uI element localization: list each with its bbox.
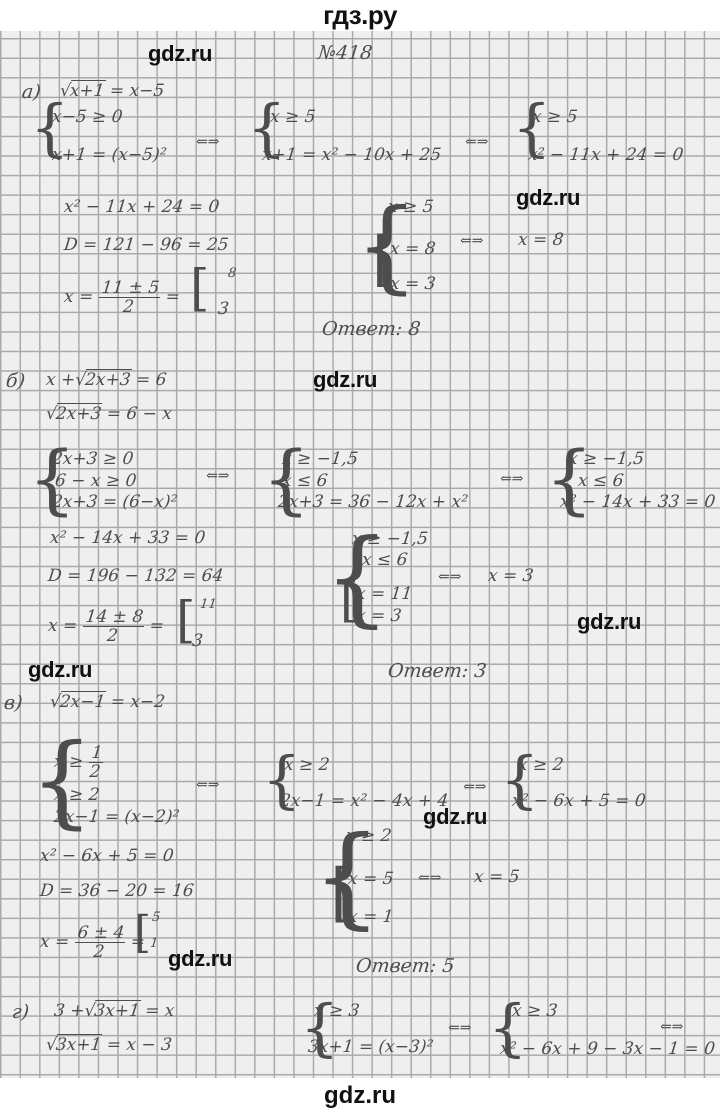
part-a-system3-line1: x ≥ 5 [531,107,579,127]
part-b-final-line2: x ≤ 6 [361,550,409,570]
notebook-page: gdz.ru gdz.ru gdz.ru gdz.ru gdz.ru gdz.r… [0,31,720,1078]
watermark: gdz.ru [577,609,641,635]
part-b-system3-line2: x ≤ 6 [577,471,625,491]
part-b-system1-line3: 2x+3 = (6−x)² [51,492,178,512]
part-a-final-result: x = 8 [517,230,565,250]
part-a-roots-formula: x = 11 ± 52 = [62,279,182,316]
part-b-answer: Ответ: 3 [387,661,488,681]
part-v-equation: √2x−1 = x−2 [49,692,166,712]
part-g-system1-line1: x ≥ 3 [313,1001,361,1021]
part-b-discriminant: D = 196 − 132 = 64 [47,566,224,586]
equivalence-arrow: ⇐⇒ [437,567,463,587]
part-b-system2-line3: 2x+3 = 36 − 12x + x² [277,492,469,512]
part-b-system1-line2: 6 − x ≥ 0 [54,471,137,491]
part-a-root2: 3 [217,299,230,319]
watermark: gdz.ru [168,946,232,972]
part-v-system1-line3: 2x−1 = (x−2)² [53,807,180,827]
part-a-equation: √x+1 = x−5 [59,81,165,101]
roots-bracket: [ [190,263,210,313]
equivalence-arrow: ⇐⇒ [499,469,525,489]
part-v-discriminant: D = 36 − 20 = 16 [39,881,195,901]
part-v-label: в) [3,693,24,713]
part-b-final-result: x = 3 [487,566,535,586]
part-g-isolated: √3x+1 = x − 3 [45,1035,173,1055]
part-a-system3-line2: x² − 11x + 24 = 0 [527,145,684,165]
part-a-discriminant: D = 121 − 96 = 25 [63,235,230,255]
site-title: гдз.ру [0,0,720,31]
part-a-system2-line1: x ≥ 5 [269,107,317,127]
part-g-system2-line2: x² − 6x + 9 − 3x − 1 = 0 [499,1039,716,1059]
part-b-label: б) [5,371,26,391]
part-a-system1-line2: x+1 = (x−5)² [51,145,168,165]
part-v-system2-line2: 2x−1 = x² − 4x + 4 [279,791,449,811]
equivalence-arrow: ⇐⇒ [459,231,485,251]
part-g-system2-line1: x ≥ 3 [511,1001,559,1021]
part-b-equation: x +√2x+3 = 6 [45,370,168,390]
part-b-root2: 3 [191,631,204,651]
equivalence-arrow: ⇐⇒ [417,868,443,888]
footer-site-link[interactable]: gdz.ru [0,1078,720,1114]
part-b-system2-line1: x ≥ −1,5 [281,449,359,469]
part-b-isolated: √2x+3 = 6 − x [45,404,173,424]
watermark: gdz.ru [28,657,92,683]
watermark: gdz.ru [313,367,377,393]
part-v-system1-line1: x ≥ 12 [52,744,105,781]
part-a-answer: Ответ: 8 [321,319,422,339]
equivalence-arrow: ⇐⇒ [195,775,221,795]
part-v-root2: 1 [149,934,159,954]
part-v-final-result: x = 5 [473,867,521,887]
part-a-final-line2: x = 8 [389,239,437,259]
part-b-system3-line3: x² − 14x + 33 = 0 [559,492,716,512]
equivalence-arrow: ⇐⇒ [464,132,490,152]
part-b-system2-line2: x ≤ 6 [281,471,329,491]
part-v-root1: 5 [151,908,161,928]
part-b-roots-formula: x = 14 ± 82 = [46,608,166,645]
part-g-label: г) [11,1002,30,1022]
part-b-final-line1: x ≥ −1,5 [351,529,429,549]
equivalence-arrow: ⇐⇒ [195,132,221,152]
part-v-system1-line2: x ≥ 2 [53,785,101,805]
part-v-final-line3: x = 1 [347,907,395,927]
part-a-quadratic: x² − 11x + 24 = 0 [63,197,220,217]
part-v-roots-formula: x = 6 ± 42 = [38,924,147,961]
part-g-equation: 3 +√3x+1 = x [53,1001,176,1021]
watermark: gdz.ru [516,185,580,211]
part-b-system1-line1: 2x+3 ≥ 0 [51,449,134,469]
part-a-final-line3: x = 3 [389,274,437,294]
part-v-system2-line1: x ≥ 2 [283,755,331,775]
part-a-system1-line1: x−5 ≥ 0 [51,107,124,127]
equivalence-arrow: ⇐⇒ [462,777,488,797]
part-b-quadratic: x² − 14x + 33 = 0 [49,528,206,548]
part-a-root1: 8 [227,264,237,284]
part-b-root1: 11 [199,595,218,615]
part-b-final-line3: x = 11 [355,584,413,604]
part-b-system3-line1: x ≥ −1,5 [567,449,645,469]
part-a-final-line1: x ≥ 5 [387,197,435,217]
equivalence-arrow: ⇐⇒ [205,466,231,486]
problem-number: №418 [317,43,373,63]
part-v-final-line2: x = 5 [347,869,395,889]
equivalence-arrow: ⇐⇒ [659,1017,685,1037]
part-v-quadratic: x² − 6x + 5 = 0 [39,846,175,866]
part-v-system3-line2: x² − 6x + 5 = 0 [511,791,647,811]
part-v-final-line1: x ≥ 2 [345,826,393,846]
part-b-final-line4: x = 3 [355,606,403,626]
part-a-system2-line2: x+1 = x² − 10x + 25 [261,145,442,165]
part-v-system3-line1: x ≥ 2 [517,755,565,775]
part-v-answer: Ответ: 5 [355,956,456,976]
watermark: gdz.ru [148,41,212,67]
equivalence-arrow: ⇐⇒ [447,1018,473,1038]
part-g-system1-line2: 3x+1 = (x−3)² [307,1037,434,1057]
